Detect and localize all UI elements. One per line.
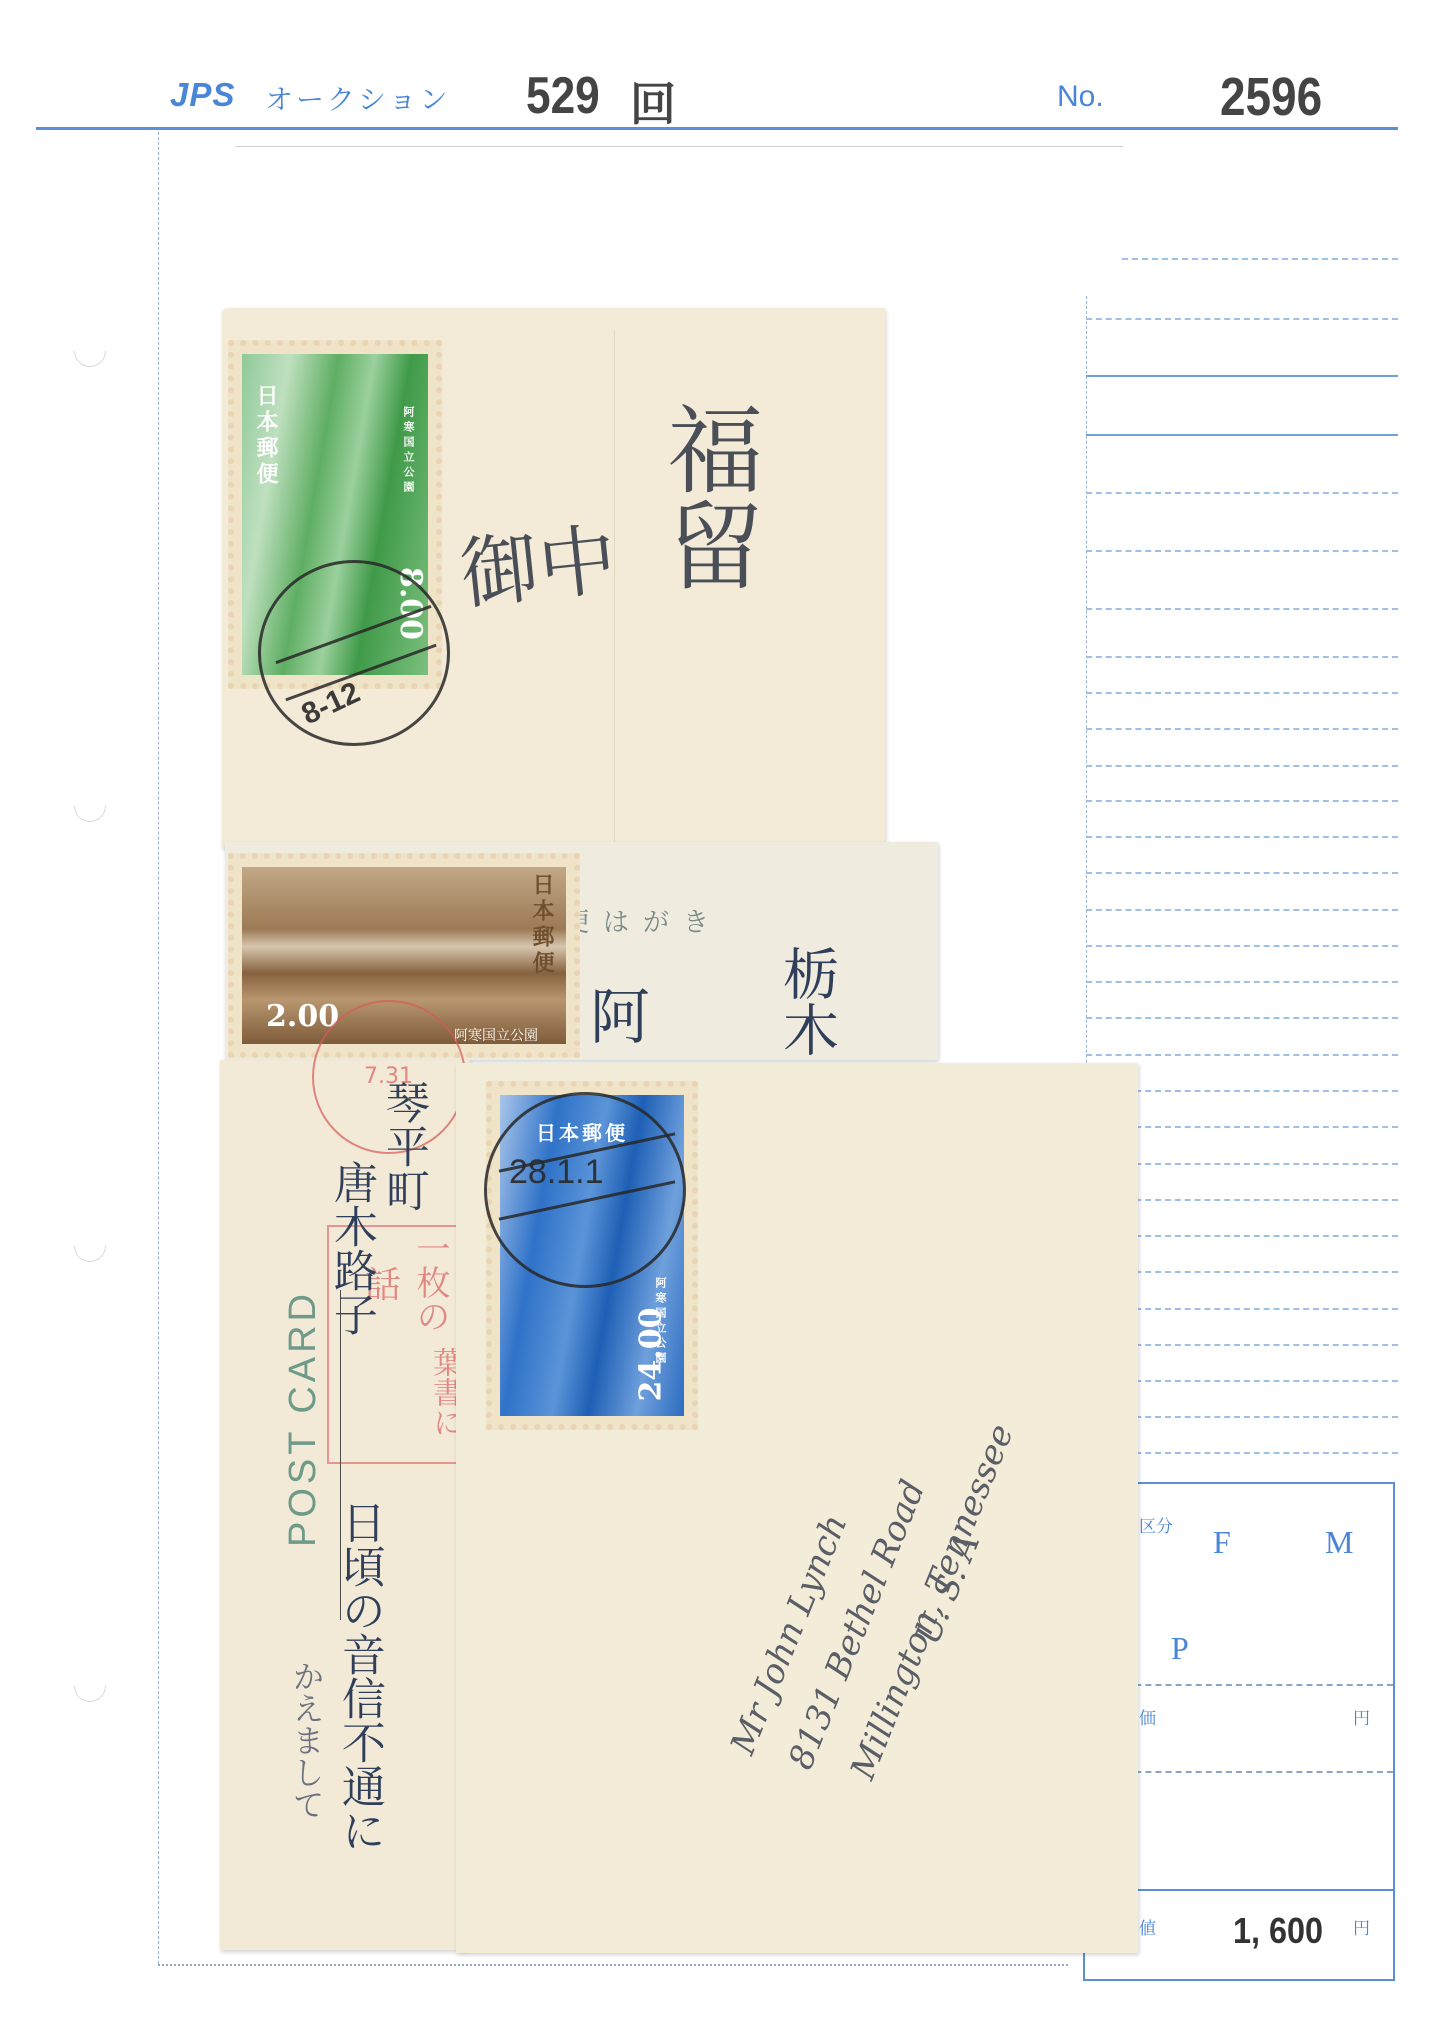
category-label: 区分	[1139, 1512, 1173, 1537]
stamp-country-text: 日本郵便	[526, 873, 557, 977]
lot-number-label: No.	[1057, 80, 1104, 114]
ruled-line	[1086, 800, 1398, 802]
grade-option-p[interactable]: P	[1171, 1630, 1189, 1667]
handwriting-a: 阿	[590, 970, 650, 1056]
grade-option-m[interactable]: M	[1325, 1524, 1353, 1561]
postmark-date: 8-12	[297, 676, 366, 732]
ruled-line	[1086, 434, 1398, 436]
handwriting-onchu: 御中	[455, 497, 622, 625]
min-value-amount: 1, 600	[1233, 1910, 1323, 1952]
punch-hole-mark	[67, 783, 112, 828]
ruled-line	[1086, 728, 1398, 730]
stamp-denomination: 24.00	[633, 1308, 668, 1402]
stamp-country-text: 日本郵便	[250, 384, 281, 488]
red-slogan-line: 葉書に	[429, 1347, 459, 1437]
handwriting-kotohira: 琴平町	[380, 1080, 425, 1212]
bottom-guide	[158, 1964, 1068, 1966]
ruled-line	[1086, 692, 1398, 694]
postcard-header: 便はがき	[563, 902, 723, 939]
left-margin-guide	[158, 132, 159, 1964]
brand-logo: JPS	[170, 76, 235, 114]
ruled-line	[1086, 1017, 1398, 1019]
punch-hole-mark	[67, 328, 112, 373]
punch-hole-mark	[67, 1223, 112, 1268]
grade-option-f[interactable]: F	[1213, 1524, 1231, 1561]
handwriting-message: 日頃の音信不通に	[336, 1500, 381, 1852]
postmark: 28.1.1	[484, 1092, 686, 1288]
auction-round-number: 529	[526, 66, 600, 126]
ruled-line	[1086, 909, 1398, 911]
ruled-line	[1122, 258, 1398, 260]
header-subrule	[235, 146, 1123, 147]
ruled-line	[1086, 836, 1398, 838]
red-slogan-line: 一枚の	[413, 1231, 447, 1333]
price-label: 価	[1139, 1704, 1156, 1729]
ruled-line	[1086, 375, 1398, 377]
ruled-line	[1086, 765, 1398, 767]
ruled-line	[1086, 608, 1398, 610]
handwriting-name: 福留	[660, 400, 756, 592]
min-value-currency: 円	[1353, 1914, 1370, 1939]
handwriting-message: かえまして	[290, 1660, 323, 1820]
postcard-label: POST CARD	[282, 1290, 325, 1547]
ruled-line	[1086, 1054, 1398, 1056]
ruled-line	[1086, 656, 1398, 658]
ruled-line	[1086, 981, 1398, 983]
ruled-line	[1086, 492, 1398, 494]
punch-hole-mark	[67, 1663, 112, 1708]
lot-number-value: 2596	[1220, 66, 1322, 128]
postmark-date: 28.1.1	[509, 1153, 604, 1192]
price-currency: 円	[1353, 1704, 1370, 1729]
ruled-line	[1086, 318, 1398, 320]
ruled-line	[1086, 550, 1398, 552]
handwriting-tochigi: 栃木	[778, 945, 834, 1057]
postmark: 8-12	[258, 560, 450, 746]
brand-auction-label: オークション	[265, 78, 450, 118]
min-value-label: 値	[1139, 1914, 1156, 1939]
stamp-caption: 阿寒国立公園	[454, 1025, 538, 1045]
ruled-line	[1086, 872, 1398, 874]
auction-round-suffix: 回	[630, 68, 676, 134]
header-rule	[36, 127, 1398, 130]
ruled-line	[1086, 945, 1398, 947]
stamp-caption: 阿寒国立公園	[400, 406, 416, 496]
handwriting-sender: 唐木路子	[328, 1160, 373, 1336]
